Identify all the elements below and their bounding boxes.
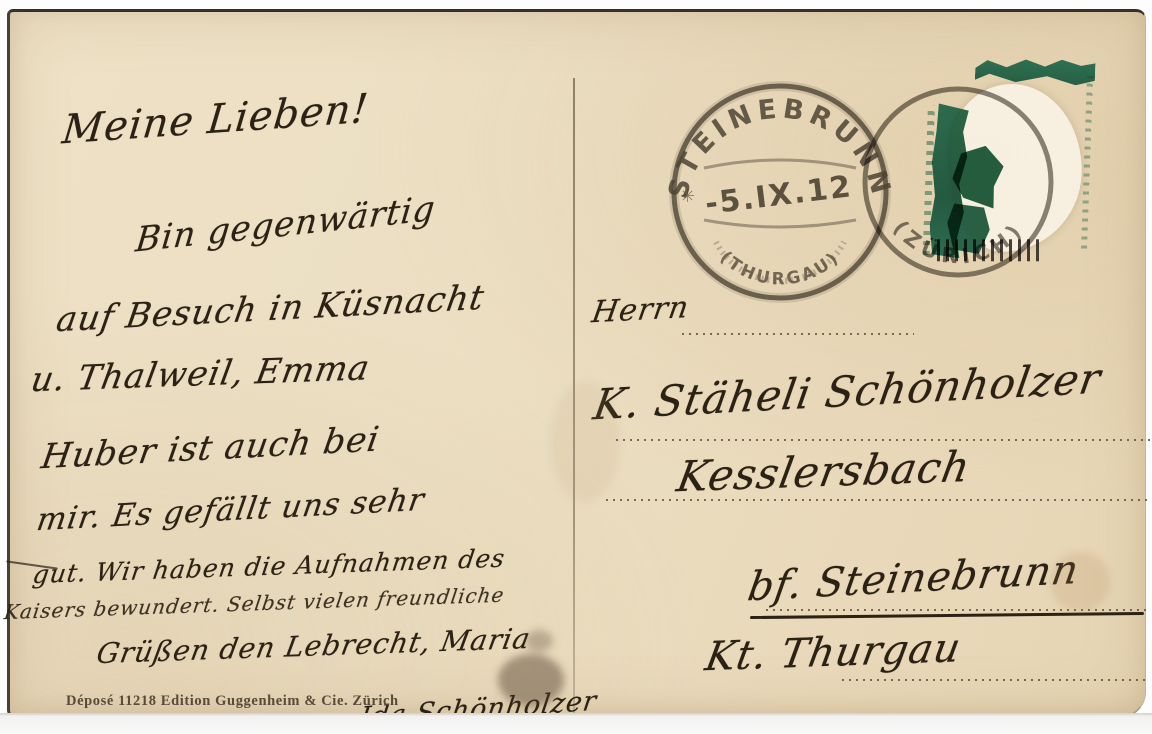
postmark-zuerich: (ZÜRICH) xyxy=(858,86,1060,288)
paper-stain xyxy=(550,382,620,502)
ink-smudge xyxy=(498,654,564,706)
scan-background-strip xyxy=(0,713,1152,734)
message-line: mir. Es gefällt uns sehr xyxy=(34,482,427,539)
message-salutation: Meine Lieben! xyxy=(60,86,371,154)
publisher-imprint: Déposé 11218 Edition Guggenheim & Cie. Z… xyxy=(66,693,399,710)
stamp-perforation-right xyxy=(1081,77,1093,249)
paper-stain xyxy=(1050,552,1110,612)
message-line: Huber ist auch bei xyxy=(39,419,383,477)
place-underline xyxy=(750,612,1144,619)
stamp-fragment-top xyxy=(975,57,1096,86)
postmark-star-ornament: ✳ xyxy=(680,186,695,207)
address-place: bf. Steinebrunn xyxy=(745,547,1083,611)
address-ruled-line xyxy=(682,332,914,335)
message-line: auf Besuch in Küsnacht xyxy=(54,278,488,341)
message-line: Grüßen den Lebrecht, Maria xyxy=(94,622,533,670)
address-ruled-line xyxy=(616,438,1150,441)
address-canton: Kt. Thurgau xyxy=(702,625,965,680)
ink-smudge xyxy=(525,630,553,652)
address-locality: Kesslersbach xyxy=(673,442,974,502)
address-name: K. Stäheli Schönholzer xyxy=(590,353,1105,429)
address-ruled-line xyxy=(842,678,1148,681)
message-line: u. Thalweil, Emma xyxy=(28,348,373,400)
postmark-date-text: -5.IX.12 xyxy=(703,169,854,222)
address-ruled-line xyxy=(606,498,1150,501)
message-line: Kaisers bewundert. Selbst vielen freundl… xyxy=(3,583,507,625)
message-line: Bin gegenwärtig xyxy=(134,189,438,261)
message-line: gut. Wir haben die Aufnahmen des xyxy=(31,544,507,590)
